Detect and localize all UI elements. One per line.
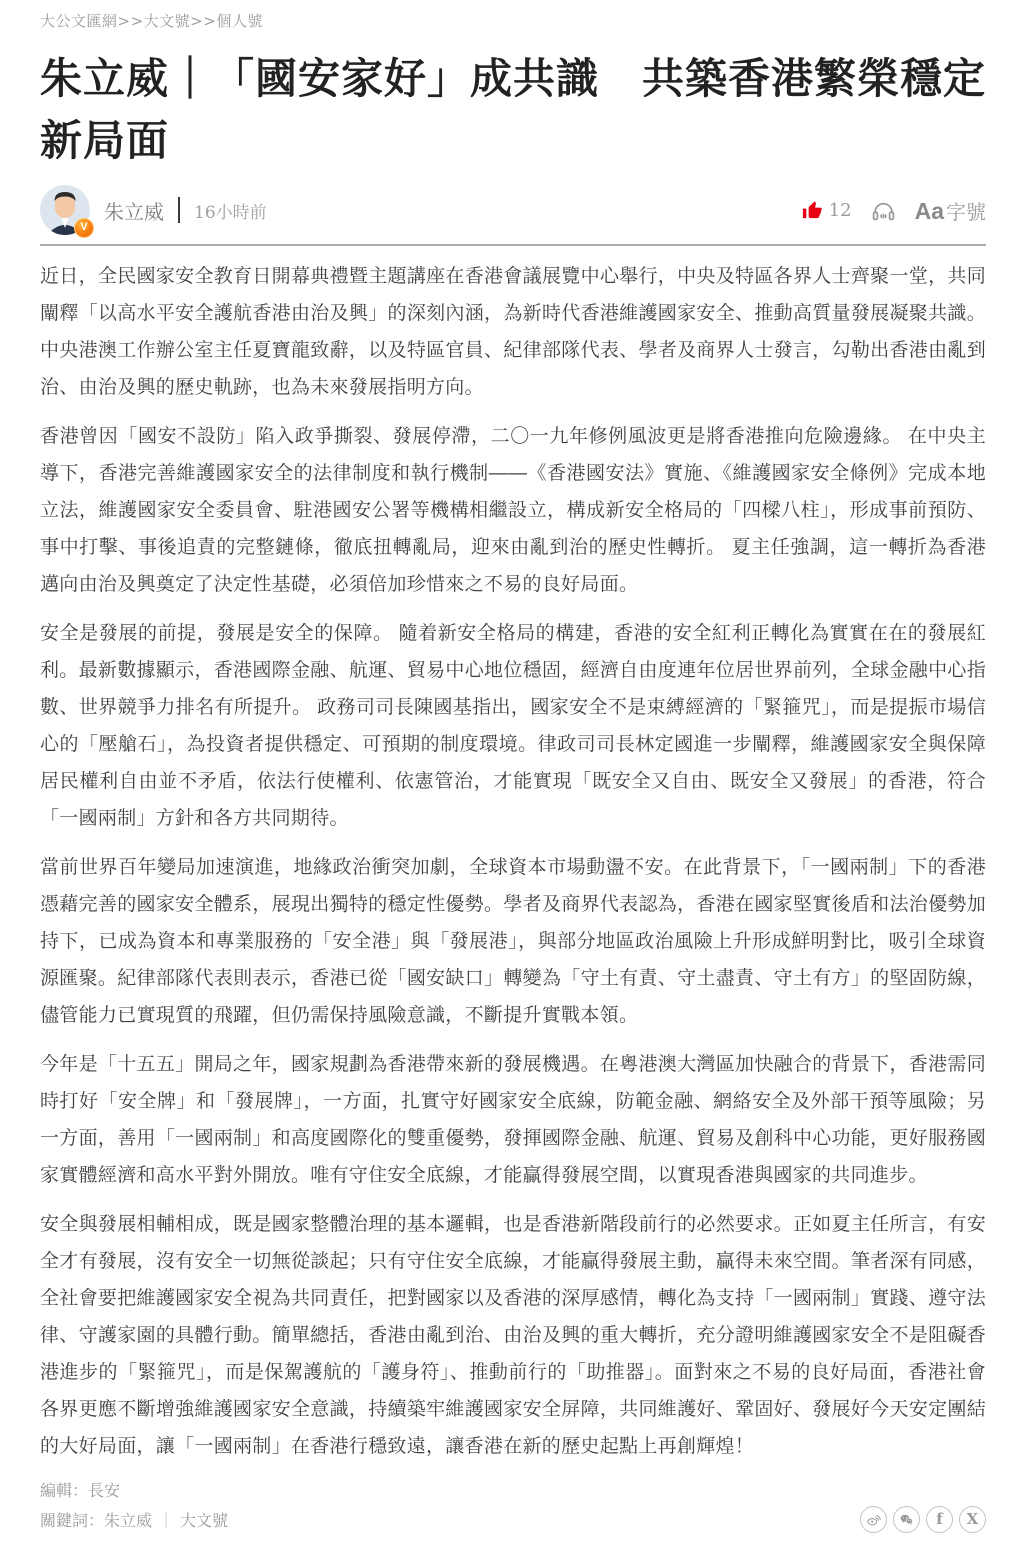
article-paragraph: 今年是「十五五」開局之年，國家規劃為香港帶來新的發展機遇。在粵港澳大灣區加快融合… [40,1046,986,1194]
header-divider [40,244,986,246]
verified-badge: V [74,218,94,238]
editor-line: 編輯：長安 [40,1477,986,1507]
breadcrumb-section-link[interactable]: 大文號 [144,12,191,30]
share-buttons: f X [860,1506,986,1533]
page-title: 朱立威｜「國安家好」成共識 共築香港繁榮穩定新局面 [40,48,986,172]
facebook-icon: f [936,1512,942,1527]
keyword-separator: ｜ [158,1513,174,1530]
like-count: 12 [829,200,852,221]
keyword-link[interactable]: 朱立威 [104,1513,152,1530]
weibo-icon [866,1512,881,1527]
listen-button[interactable] [870,197,897,224]
author-meta-divider [178,197,180,223]
article-footer: 編輯：長安 關鍵詞：朱立威｜大文號 [40,1477,986,1547]
font-size-button[interactable]: Aa 字號 [915,196,986,225]
article-paragraph: 當前世界百年變局加速演進，地緣政治衝突加劇，全球資本市場動盪不安。在此背景下，「… [40,849,986,1034]
editor-label: 編輯： [40,1483,88,1500]
breadcrumb-separator: >> [118,12,144,30]
article-paragraph: 近日，全民國家安全教育日開幕典禮暨主題講座在香港會議展覽中心舉行，中央及特區各界… [40,258,986,406]
article-actions: 12 Aa 字號 [801,196,986,225]
share-weibo-button[interactable] [860,1506,887,1533]
breadcrumb-separator: >> [190,12,216,30]
share-x-button[interactable]: X [959,1506,986,1533]
breadcrumb-subsection-link[interactable]: 個人號 [216,12,263,30]
article-paragraph: 安全與發展相輔相成，既是國家整體治理的基本邏輯，也是香港新階段前行的必然要求。正… [40,1206,986,1465]
article-body: 近日，全民國家安全教育日開幕典禮暨主題講座在香港會議展覽中心舉行，中央及特區各界… [40,258,986,1465]
headphones-icon [870,197,897,224]
article-paragraph: 安全是發展的前提，發展是安全的保障。 隨着新安全格局的構建，香港的安全紅利正轉化… [40,615,986,837]
font-size-aa: Aa [915,198,944,225]
author-row: V 朱立威 16小時前 12 [40,184,986,236]
share-facebook-button[interactable]: f [926,1506,953,1533]
keyword-link[interactable]: 大文號 [180,1513,228,1530]
author-name[interactable]: 朱立威 [104,196,164,225]
author-avatar[interactable]: V [40,185,90,235]
share-wechat-button[interactable] [893,1506,920,1533]
keywords-label: 關鍵詞： [40,1513,104,1530]
breadcrumb: 大公文匯網>>大文號>>個人號 [40,10,986,32]
like-button[interactable]: 12 [801,199,852,222]
article-page: 大公文匯網>>大文號>>個人號 朱立威｜「國安家好」成共識 共築香港繁榮穩定新局… [0,0,1026,1547]
editor-name: 長安 [88,1483,120,1500]
publish-time: 16小時前 [194,198,267,223]
breadcrumb-site-link[interactable]: 大公文匯網 [40,12,118,30]
thumbs-up-icon [801,199,824,222]
article-paragraph: 香港曾因「國安不設防」陷入政爭撕裂、發展停滯，二〇一九年修例風波更是將香港推向危… [40,418,986,603]
keywords-line: 關鍵詞：朱立威｜大文號 [40,1507,986,1537]
font-size-label: 字號 [946,196,986,225]
wechat-icon [899,1512,914,1527]
x-icon: X [967,1512,979,1527]
